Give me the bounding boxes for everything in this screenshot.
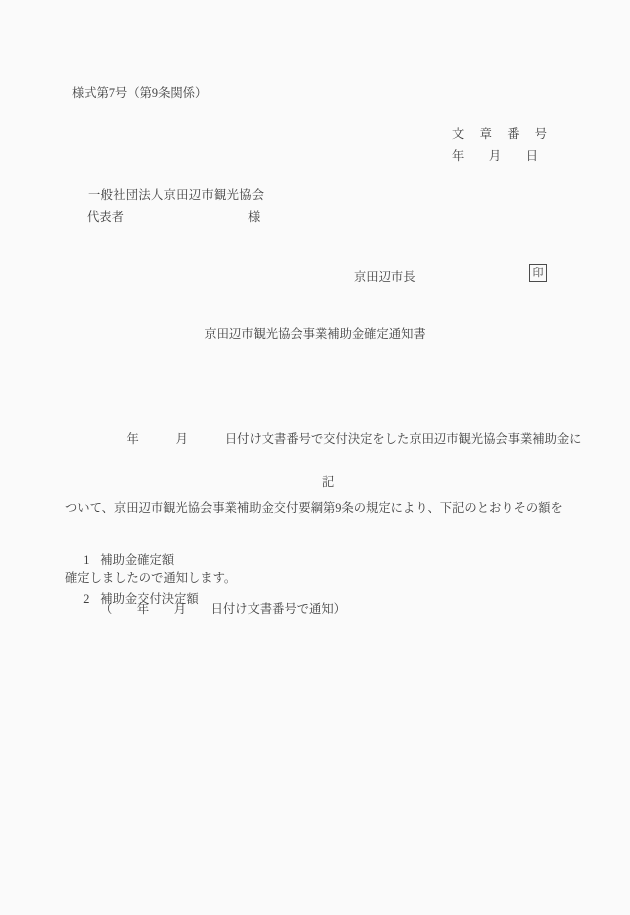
sender-title: 京田辺市長 xyxy=(354,267,416,285)
seal-character: 印 xyxy=(533,268,544,279)
addressee-honorific: 様 xyxy=(248,207,260,225)
item-number: 2 xyxy=(83,592,100,607)
date-placeholder: 年 月 日 xyxy=(452,146,538,164)
document-number-placeholder: 文 章 番 号 xyxy=(452,124,549,142)
item-label: 補助金確定額 xyxy=(100,553,174,567)
addressee-organization: 一般社団法人京田辺市観光協会 xyxy=(88,185,264,203)
item-number: 1 xyxy=(83,553,100,568)
form-number: 様式第7号（第9条関係） xyxy=(72,83,207,101)
body-paragraph-line: 年 月 日付け文書番号で交付決定をした京田辺市観光協会事業補助金に xyxy=(65,428,577,451)
body-paragraph-line: ついて、京田辺市観光協会事業補助金交付要綱第9条の規定により、下記のとおりその額… xyxy=(65,497,577,520)
document-page: 様式第7号（第9条関係） 文 章 番 号 年 月 日 一般社団法人京田辺市観光協… xyxy=(0,0,630,915)
document-title: 京田辺市観光協会事業補助金確定通知書 xyxy=(0,324,630,342)
item-2-note: （ 年 月 日付け文書番号で通知） xyxy=(100,599,346,617)
record-marker: 記 xyxy=(322,472,334,490)
seal-placeholder-box: 印 xyxy=(529,264,547,282)
addressee-representative-label: 代表者 xyxy=(87,207,124,225)
